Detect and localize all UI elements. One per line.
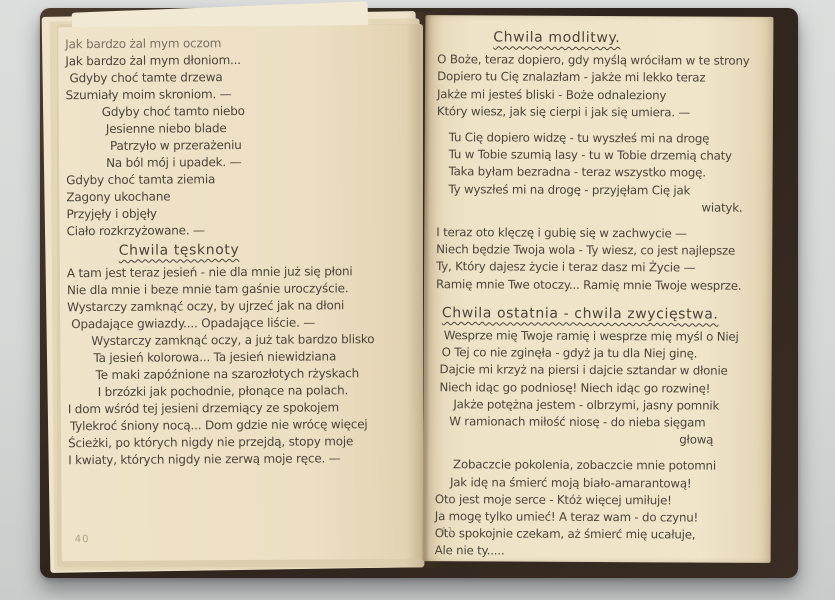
handwritten-line: Niech idąc go podniosę! Niech idąc go ro…	[439, 379, 769, 398]
handwritten-line: Tylekroć śniony nocą... Dom gdzie nie wr…	[70, 416, 420, 435]
handwritten-line: Dajcie mi krzyż na piersi i dajcie sztan…	[440, 362, 770, 381]
handwritten-line: Ramię mnie Twe otoczy... Ramię mnie Twoj…	[436, 276, 770, 295]
handwritten-line: Jakże potężna jestem - olbrzymi, jasny p…	[453, 396, 769, 415]
page-number-left: 40	[75, 534, 90, 545]
handwritten-line: Patrzyło w przerażeniu	[110, 136, 418, 155]
right-page: Chwila modlitwy.O Boże, teraz dopiero, g…	[423, 15, 774, 563]
handwritten-line: O Tej co nie zginęła - gdyż ja tu dla Ni…	[442, 344, 770, 363]
handwritten-line: głową	[435, 430, 713, 449]
handwritten-line: Jakże mi jesteś bliski - Boże odnalezion…	[437, 86, 771, 105]
handwritten-line: Oto jest moje serce - Któż więcej umiłuj…	[435, 491, 769, 510]
handwritten-line: Jesienne niebo blade	[106, 119, 418, 138]
handwritten-line: Dopiero tu Cię znalazłam - jakże mi lekk…	[437, 69, 771, 88]
handwritten-line: Niech będzie Twoja wola - Ty wiesz, co j…	[436, 241, 770, 260]
handwritten-line: I teraz oto klęczę i gubię się w zachwyc…	[436, 224, 770, 243]
handwritten-line: W ramionach miłość niosę - do nieba sięg…	[449, 413, 769, 432]
page-number-right: 41	[440, 526, 455, 537]
handwritten-line: Wesprze mię Twoje ramię i wesprze mię my…	[444, 327, 770, 346]
section-heading: Chwila tęsknoty	[119, 241, 419, 260]
handwritten-line: Tu w Tobie szumią lasy - tu w Tobie drze…	[449, 146, 771, 165]
handwritten-line: Ciało rozkrzyżowane. —	[67, 221, 419, 240]
section-heading: Chwila ostatnia - chwila zwycięstwa.	[442, 305, 770, 324]
handwritten-line: Gdyby choć tamto niebo	[102, 102, 418, 121]
handwritten-line: Jak bardzo żal mym oczom	[65, 34, 417, 53]
right-page-text: Chwila modlitwy.O Boże, teraz dopiero, g…	[435, 26, 772, 561]
photo-background: Jak bardzo żal mym oczomJak bardzo żal m…	[0, 0, 835, 600]
handwritten-line: Ty, Który dajesz życie i teraz dasz mi Ż…	[436, 259, 770, 278]
handwritten-line: I kwiaty, których nigdy nie zerwą moje r…	[68, 450, 420, 469]
handwritten-line: Tu Cię dopiero widzę - tu wyszłeś mi na …	[449, 129, 771, 148]
handwritten-line: Zobaczcie pokolenia, zobaczcie mnie poto…	[453, 457, 769, 476]
handwritten-line: Który wiesz, jak się cierpi i jak się um…	[437, 103, 771, 122]
handwritten-line: Ale nie ty.....	[435, 543, 769, 562]
left-page-text: Jak bardzo żal mym oczomJak bardzo żal m…	[65, 34, 420, 469]
line-gap	[436, 293, 770, 304]
handwritten-line: Na ból mój i upadek. —	[106, 153, 418, 172]
handwritten-line: O Boże, teraz dopiero, gdy myślą wróciła…	[437, 51, 771, 70]
handwritten-line: Jak idę na śmierć moją biało-amarantową!	[450, 474, 769, 493]
handwritten-line: Ty wyszłeś mi na drogę - przyjęłam Cię j…	[448, 181, 770, 200]
handwritten-line: Oto spokojnie czekam, aż śmierć mię ucał…	[435, 525, 769, 544]
left-page: Jak bardzo żal mym oczomJak bardzo żal m…	[58, 25, 424, 562]
handwritten-line: Taka byłam bezradna - teraz wszystko mog…	[449, 164, 771, 183]
handwritten-line: Wystarczy zamknąć oczy, a już tak bardzo…	[91, 331, 419, 350]
section-heading: Chwila modlitwy.	[493, 29, 771, 48]
handwritten-line: Ja mogę tylko umieć! A teraz wam - do cz…	[435, 508, 769, 527]
handwritten-line: wiatyk.	[436, 198, 742, 217]
